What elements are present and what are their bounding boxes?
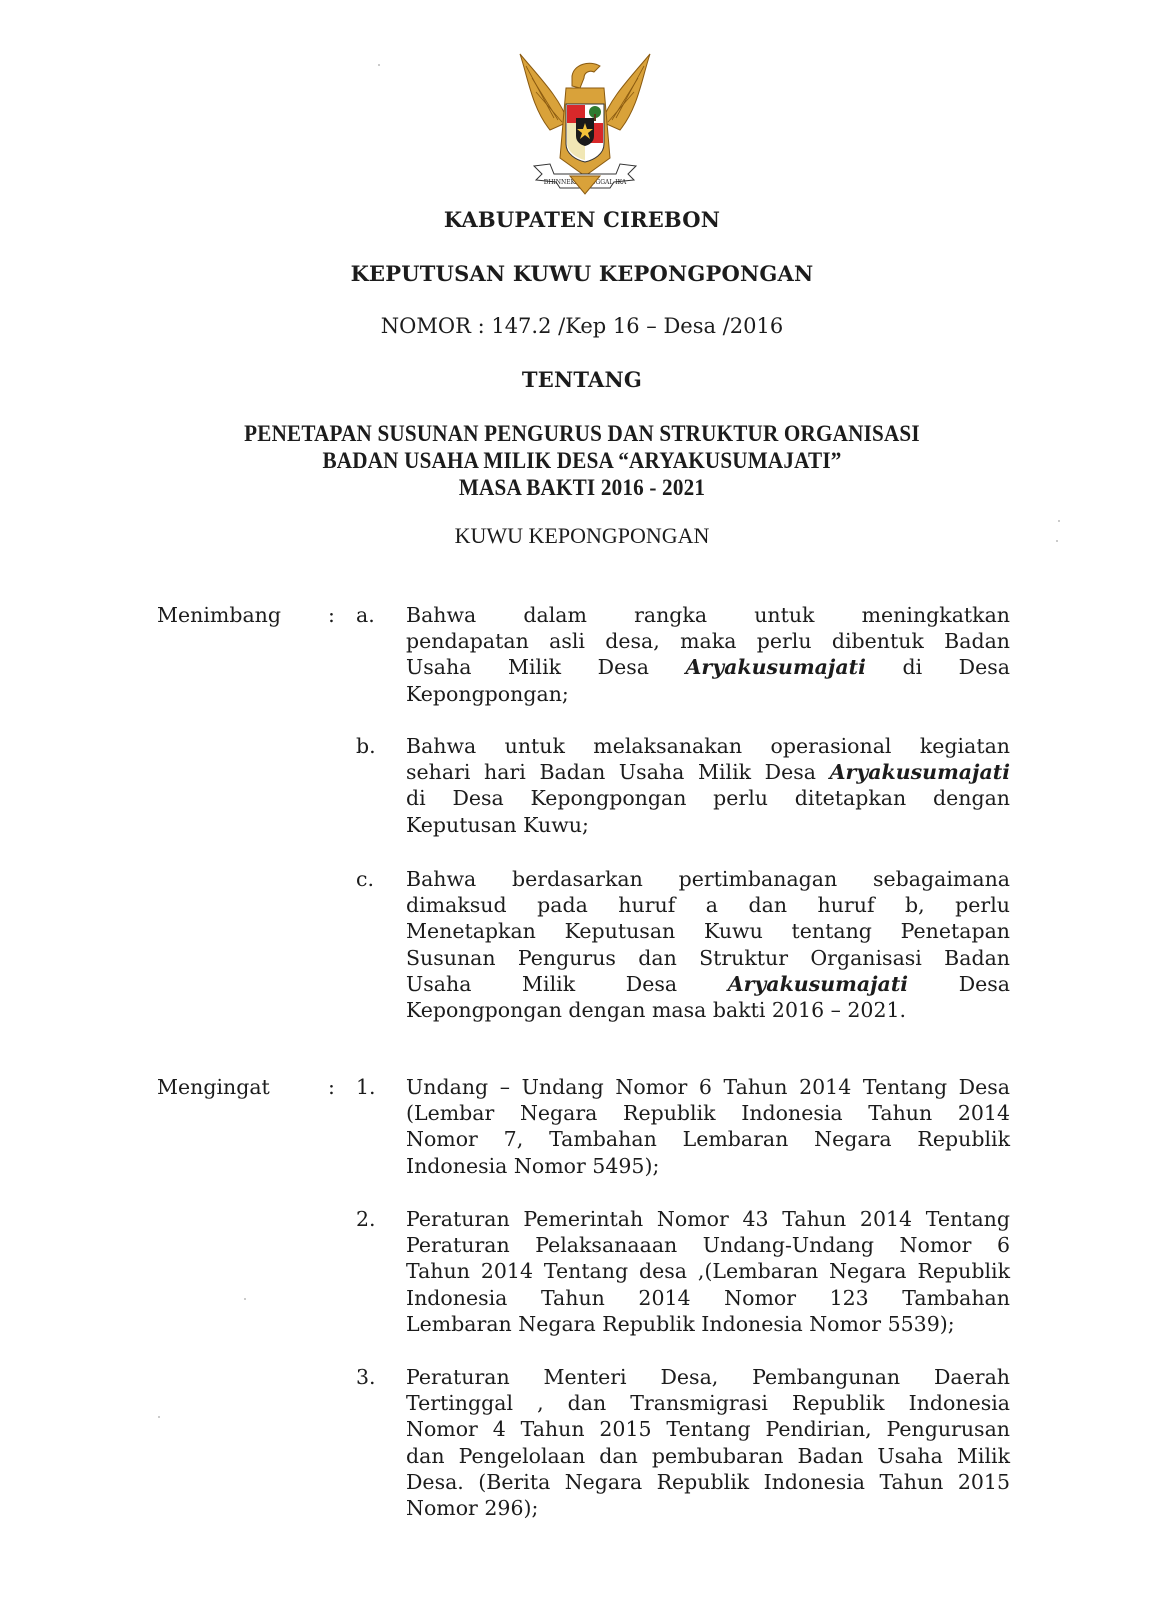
subject-block: PENETAPAN SUSUNAN PENGURUS DAN STRUKTUR … [0, 420, 1164, 501]
scan-speck [1058, 520, 1060, 522]
issuer-title: KUWU KEPONGPONGAN [0, 523, 1164, 549]
text-line: Indonesia Tahun 2014 Nomor 123 Tambahan [406, 1285, 1010, 1311]
item-marker: 1. [356, 1074, 376, 1100]
menimbang-label: Menimbang [157, 602, 281, 628]
text-line: Kepongpongan; [406, 681, 1010, 707]
region-title: KABUPATEN CIREBON [0, 207, 1164, 232]
emphasized-name: Aryakusumajati [686, 655, 866, 679]
text-line: Keputusan Kuwu; [406, 812, 1010, 838]
subject-line-1: PENETAPAN SUSUNAN PENGURUS DAN STRUKTUR … [47, 420, 1118, 447]
text-line: Tertinggal , dan Transmigrasi Republik I… [406, 1390, 1010, 1416]
colon: : [328, 602, 335, 628]
text-line: di Desa Kepongpongan perlu ditetapkan de… [406, 785, 1010, 811]
text-line: Indonesia Nomor 5495); [406, 1153, 1010, 1179]
text-line: dan Pengelolaan dan pembubaran Badan Usa… [406, 1443, 1010, 1469]
text-line: dimaksud pada huruf a dan huruf b, perlu [406, 892, 1010, 918]
text-line: Bahwa berdasarkan pertimbanagan sebagaim… [406, 866, 1010, 892]
text-line: sehari hari Badan Usaha Milik Desa Aryak… [406, 759, 1010, 785]
emphasized-name: Aryakusumajati [728, 972, 908, 996]
text-line: Tahun 2014 Tentang desa ,(Lembaran Negar… [406, 1258, 1010, 1284]
text-line: pendapatan asli desa, maka perlu dibentu… [406, 628, 1010, 654]
item-text: Peraturan Menteri Desa, Pembangunan Daer… [406, 1364, 1010, 1521]
garuda-emblem-icon: BHINNEKA TUNGGAL IKA [510, 48, 660, 198]
text-line: Desa. (Berita Negara Republik Indonesia … [406, 1469, 1010, 1495]
text-line: Usaha Milik Desa Aryakusumajati Desa [406, 971, 1010, 997]
item-marker: 2. [356, 1206, 376, 1232]
mengingat-label: Mengingat [157, 1074, 270, 1100]
item-marker: 3. [356, 1364, 376, 1390]
text-line: Peraturan Pemerintah Nomor 43 Tahun 2014… [406, 1206, 1010, 1232]
subject-line-3: MASA BAKTI 2016 - 2021 [47, 474, 1118, 501]
scan-speck [244, 1298, 246, 1300]
item-marker: b. [356, 733, 376, 759]
item-text: Undang – Undang Nomor 6 Tahun 2014 Tenta… [406, 1074, 1010, 1179]
scan-speck [1056, 540, 1058, 542]
subject-line-2: BADAN USAHA MILIK DESA “ARYAKUSUMAJATI” [47, 447, 1118, 474]
colon: : [328, 1074, 335, 1100]
item-text: Bahwa berdasarkan pertimbanagan sebagaim… [406, 866, 1010, 1023]
text-line: Peraturan Pelaksanaaan Undang-Undang Nom… [406, 1232, 1010, 1258]
text-line: Nomor 7, Tambahan Lembaran Negara Republ… [406, 1126, 1010, 1152]
scan-speck [378, 64, 380, 66]
item-marker: c. [356, 866, 374, 892]
text-line: Undang – Undang Nomor 6 Tahun 2014 Tenta… [406, 1074, 1010, 1100]
scan-speck [158, 1416, 160, 1418]
emphasized-name: Aryakusumajati [830, 760, 1010, 784]
decree-number: NOMOR : 147.2 /Kep 16 – Desa /2016 [0, 314, 1164, 338]
item-text: Bahwa untuk melaksanakan operasional keg… [406, 733, 1010, 838]
text-line: Bahwa untuk melaksanakan operasional keg… [406, 733, 1010, 759]
text-line: Nomor 296); [406, 1495, 1010, 1521]
text-line: (Lembar Negara Republik Indonesia Tahun … [406, 1100, 1010, 1126]
item-marker: a. [356, 602, 375, 628]
text-line: Lembaran Negara Republik Indonesia Nomor… [406, 1311, 1010, 1337]
text-line: Nomor 4 Tahun 2015 Tentang Pendirian, Pe… [406, 1416, 1010, 1442]
text-line: Menetapkan Keputusan Kuwu tentang Peneta… [406, 918, 1010, 944]
text-line: Bahwa dalam rangka untuk meningkatkan [406, 602, 1010, 628]
item-text: Bahwa dalam rangka untuk meningkatkanpen… [406, 602, 1010, 707]
item-text: Peraturan Pemerintah Nomor 43 Tahun 2014… [406, 1206, 1010, 1337]
text-line: Kepongpongan dengan masa bakti 2016 – 20… [406, 997, 1010, 1023]
about-heading: TENTANG [0, 367, 1164, 392]
decree-title: KEPUTUSAN KUWU KEPONGPONGAN [0, 261, 1164, 286]
text-line: Usaha Milik Desa Aryakusumajati di Desa [406, 654, 1010, 680]
text-line: Susunan Pengurus dan Struktur Organisasi… [406, 945, 1010, 971]
text-line: Peraturan Menteri Desa, Pembangunan Daer… [406, 1364, 1010, 1390]
